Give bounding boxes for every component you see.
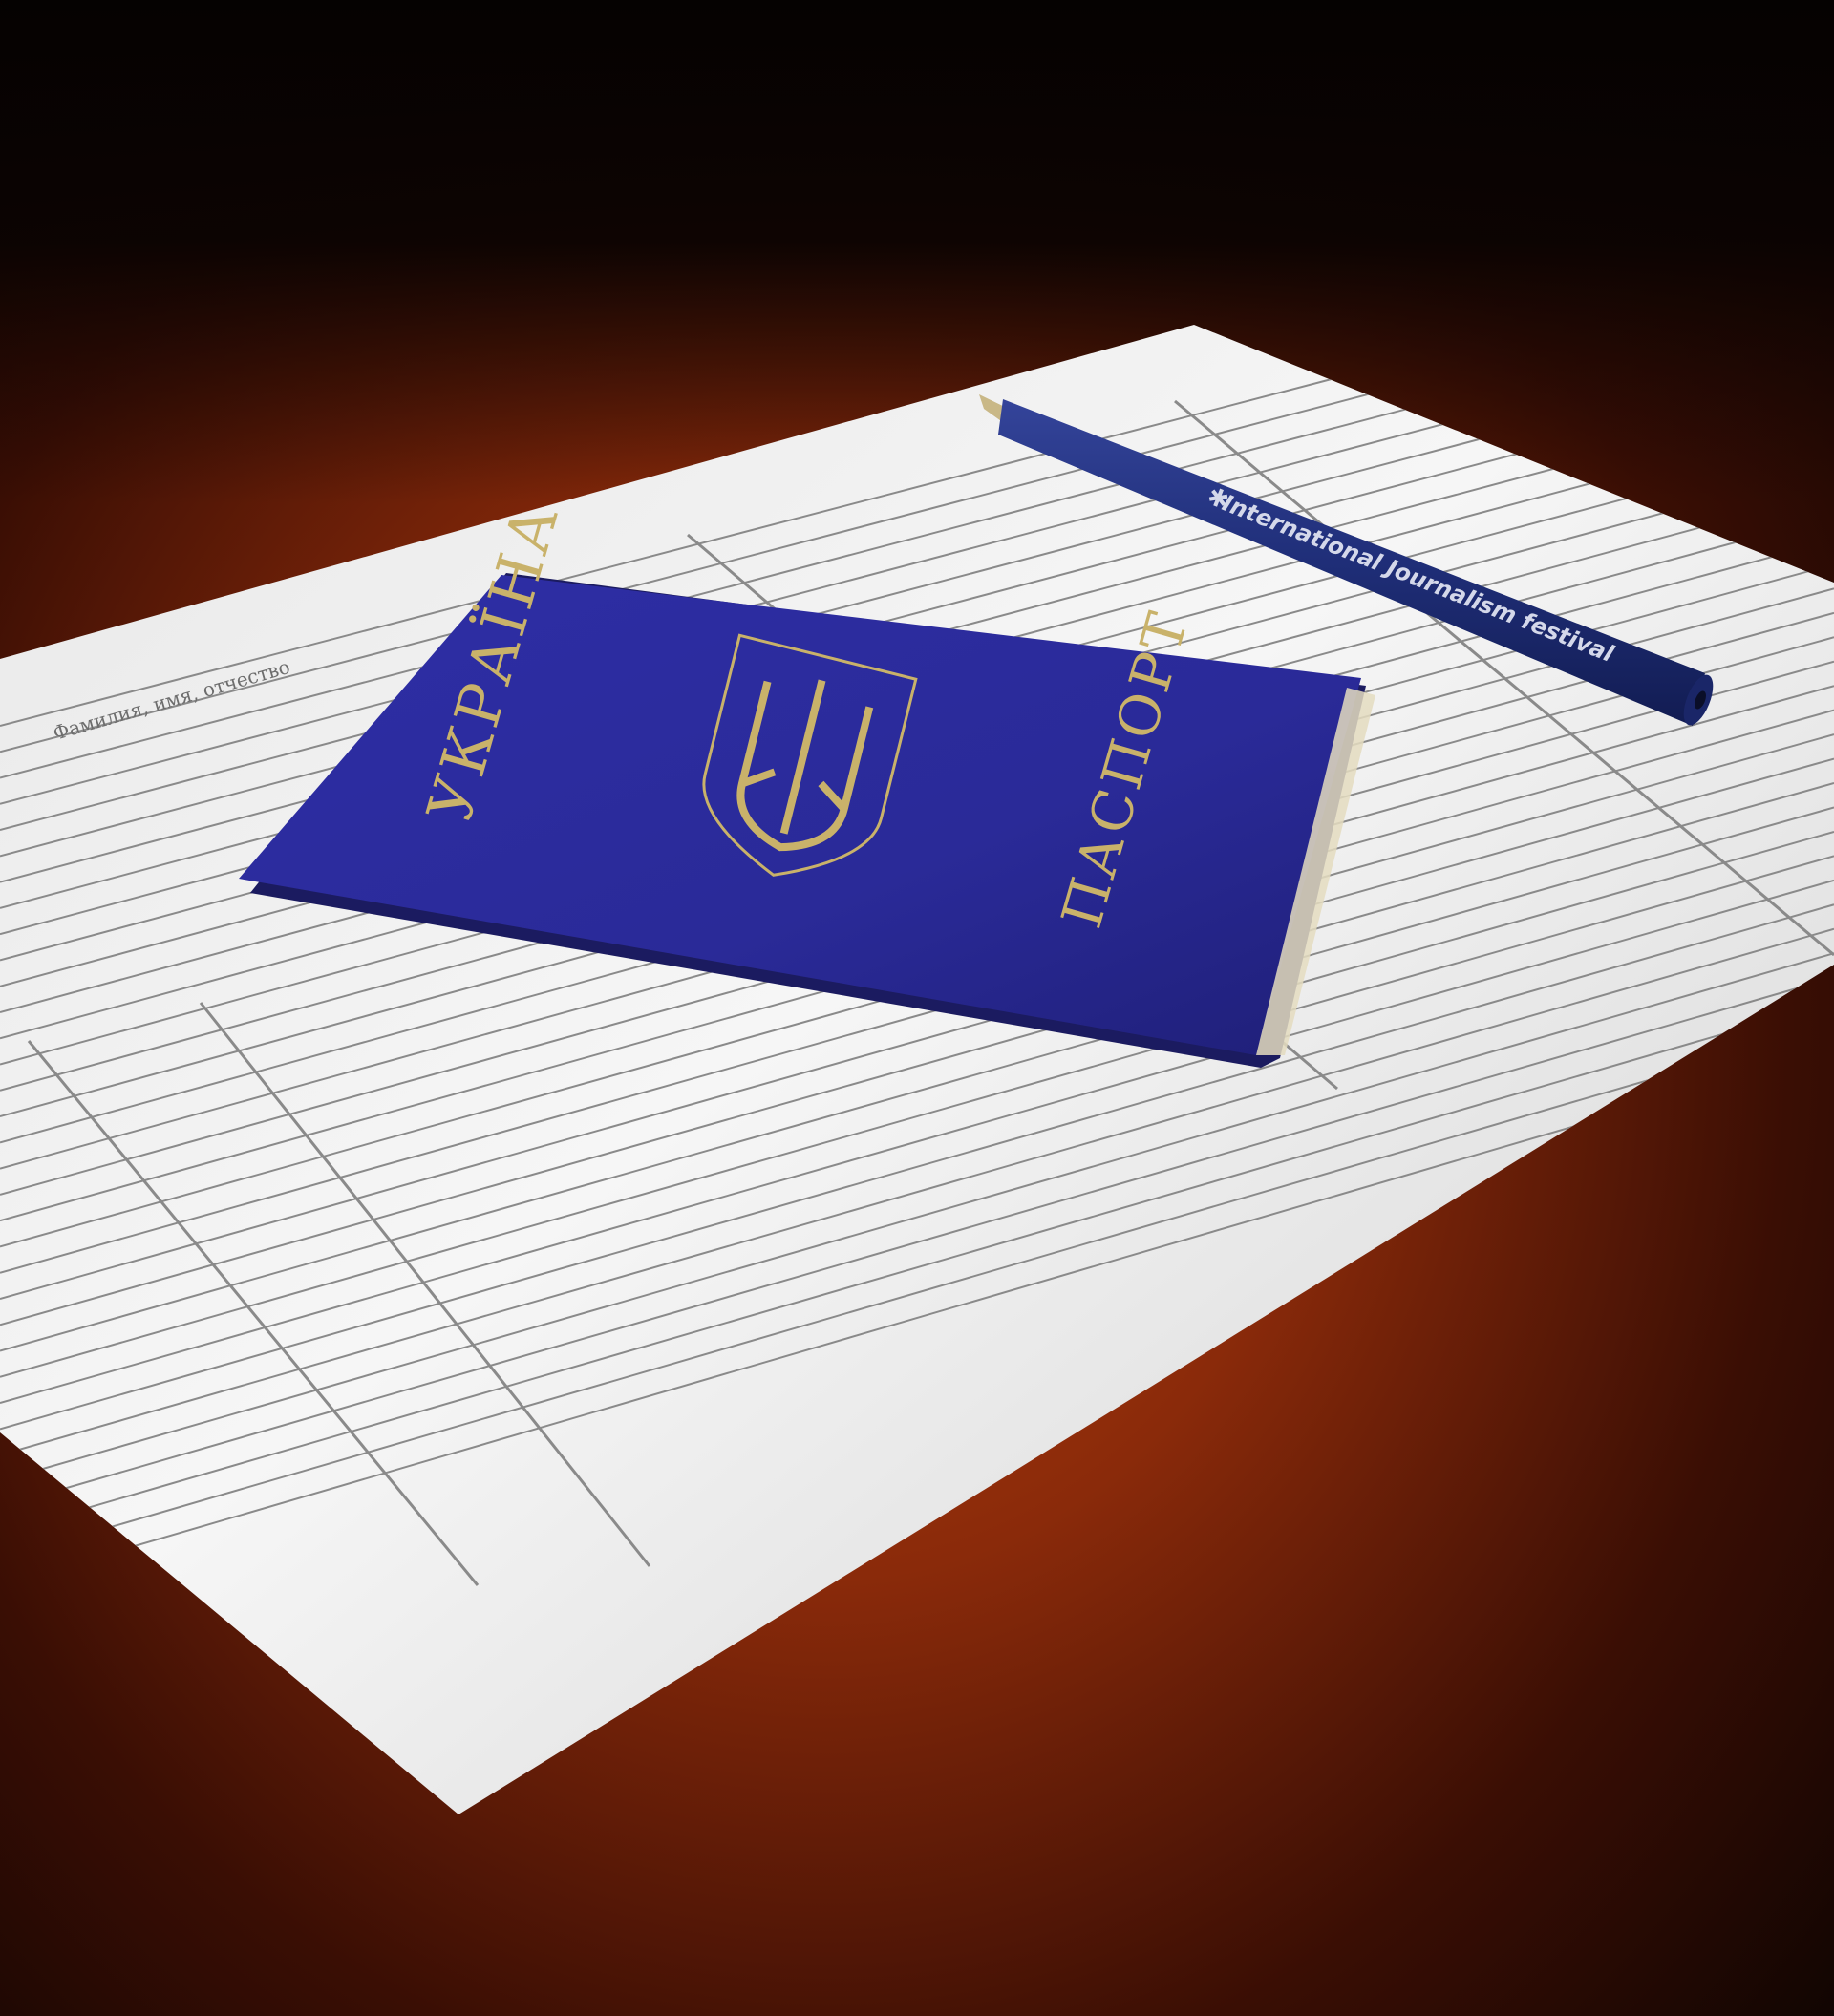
photo-scene: Фамилия, имя, отчество УКРАЇНА ПАСПОРТ I…: [0, 0, 1834, 2016]
scene-canvas: Фамилия, имя, отчество УКРАЇНА ПАСПОРТ I…: [0, 0, 1834, 2016]
